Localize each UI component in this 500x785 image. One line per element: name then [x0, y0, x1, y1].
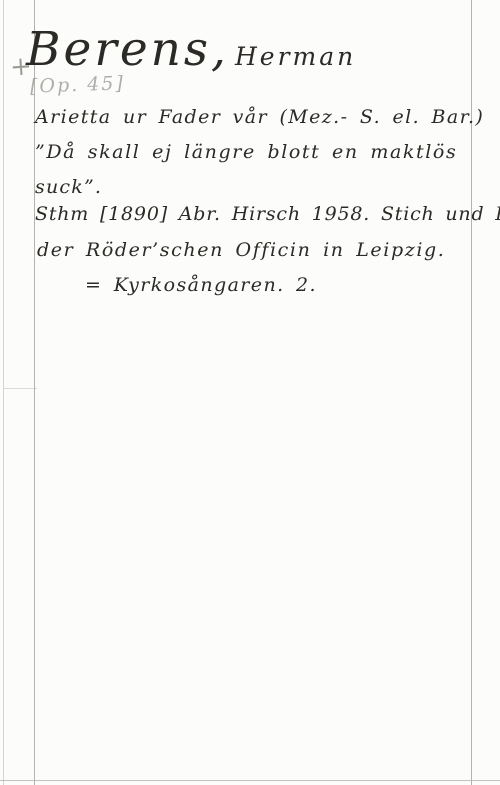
composer-forename: Herman [235, 42, 356, 71]
composer-heading: Berens,Herman [26, 22, 356, 77]
imprint-line-1: Sthm [1890] Abr. Hirsch 1958. Stich und … [35, 203, 500, 225]
left-edge-rule [3, 0, 4, 785]
composer-surname: Berens, [26, 22, 229, 77]
catalog-card-page: + Berens,Herman [Op. 45] Arietta ur Fade… [0, 0, 500, 785]
bottom-edge-rule [0, 780, 500, 781]
imprint-line-2: der Röder’schen Officin in Leipzig. [37, 239, 445, 261]
opus-pencil-annotation: [Op. 45] [30, 72, 126, 97]
margin-tick-rule [4, 388, 37, 389]
incipit-line-1: ”Då skall ej längre blott en maktlös [35, 141, 457, 163]
title-line: Arietta ur Fader vår (Mez.- S. el. Bar.) [35, 106, 484, 128]
incipit-line-2: suck”. [35, 176, 102, 198]
series-reference-line: = Kyrkosångaren. 2. [85, 274, 317, 296]
